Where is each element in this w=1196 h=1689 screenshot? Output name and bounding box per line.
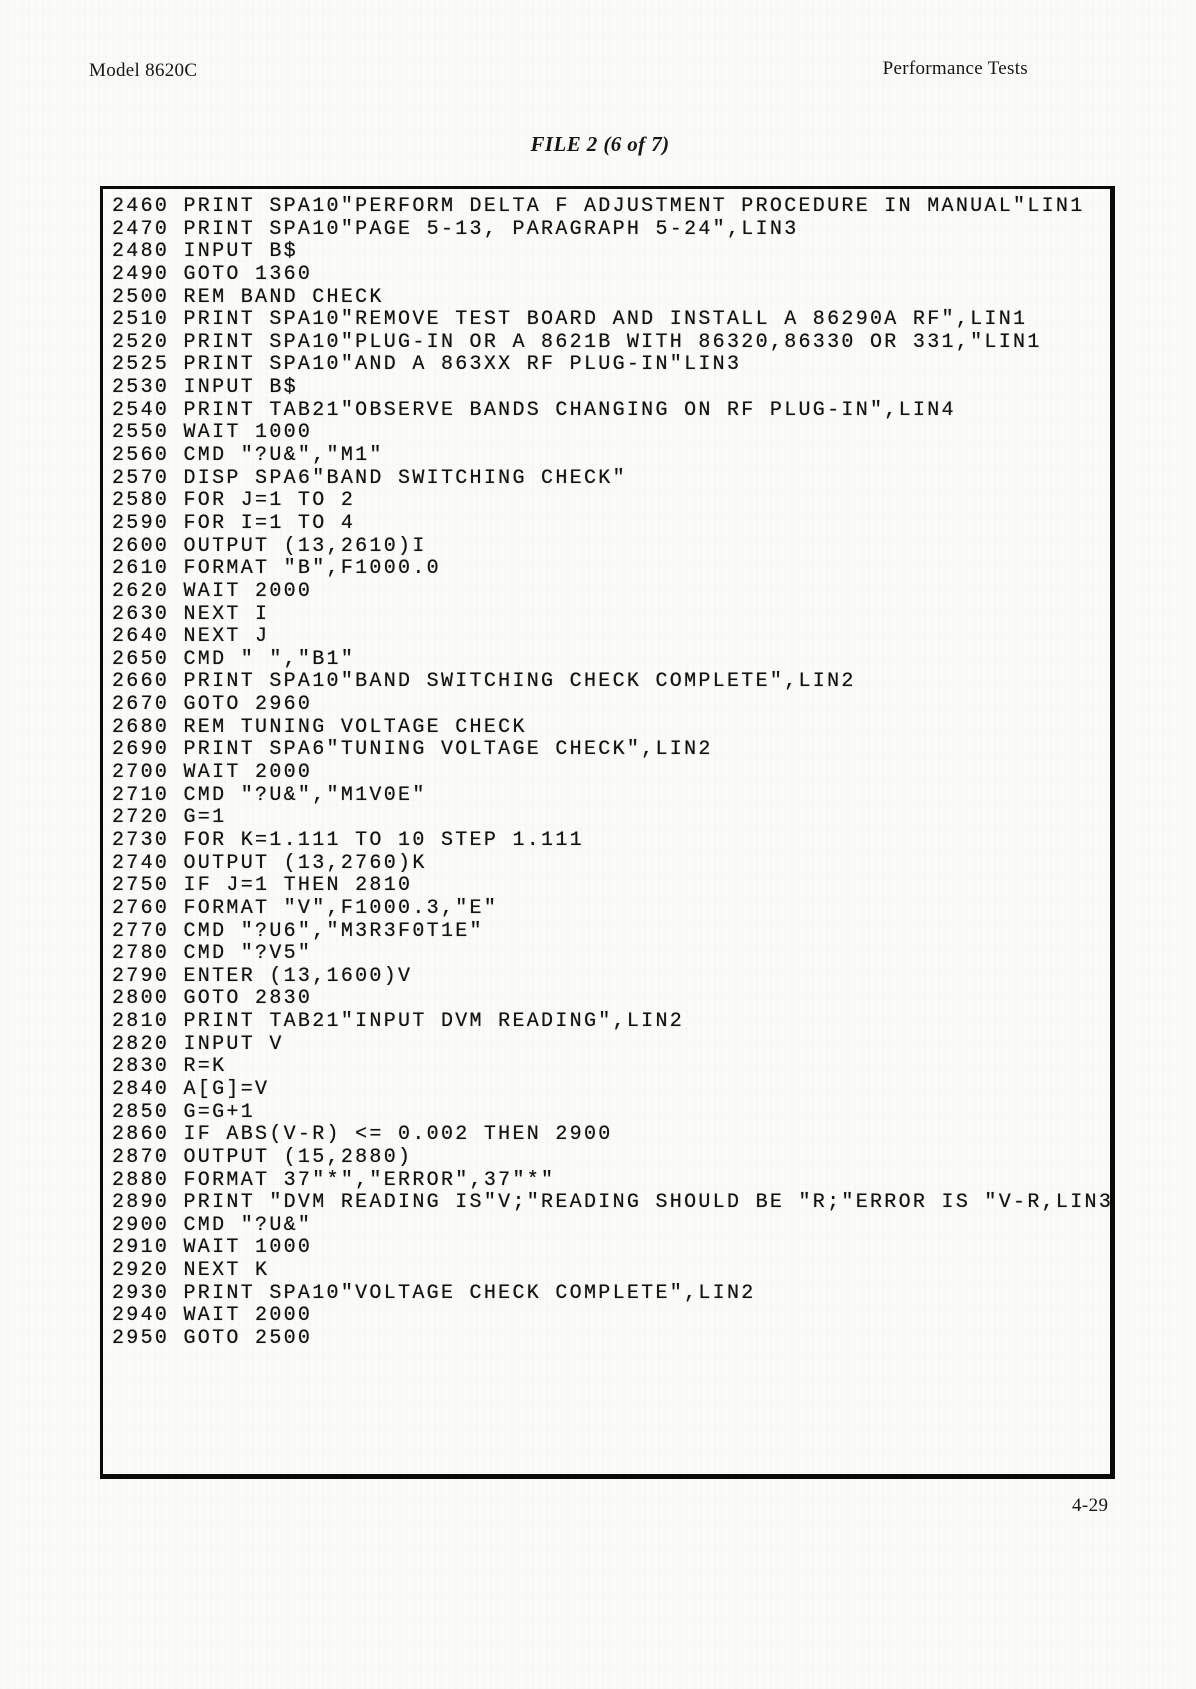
code-line: 2670 GOTO 2960 bbox=[112, 694, 1113, 717]
code-line: 2610 FORMAT "B",F1000.0 bbox=[112, 558, 1113, 581]
code-line: 2680 REM TUNING VOLTAGE CHECK bbox=[112, 717, 1113, 740]
code-line: 2860 IF ABS(V-R) <= 0.002 THEN 2900 bbox=[112, 1124, 1113, 1147]
code-line: 2525 PRINT SPA10"AND A 863XX RF PLUG-IN"… bbox=[112, 354, 1113, 377]
code-line: 2660 PRINT SPA10"BAND SWITCHING CHECK CO… bbox=[112, 671, 1113, 694]
code-line: 2930 PRINT SPA10"VOLTAGE CHECK COMPLETE"… bbox=[112, 1283, 1113, 1306]
code-line: 2800 GOTO 2830 bbox=[112, 988, 1113, 1011]
code-line: 2950 GOTO 2500 bbox=[112, 1328, 1113, 1351]
code-line: 2580 FOR J=1 TO 2 bbox=[112, 490, 1113, 513]
code-line: 2460 PRINT SPA10"PERFORM DELTA F ADJUSTM… bbox=[112, 196, 1113, 219]
file-title: FILE 2 (6 of 7) bbox=[0, 132, 1196, 157]
code-line: 2700 WAIT 2000 bbox=[112, 762, 1113, 785]
code-line: 2470 PRINT SPA10"PAGE 5-13, PARAGRAPH 5-… bbox=[112, 219, 1113, 242]
code-line: 2810 PRINT TAB21"INPUT DVM READING",LIN2 bbox=[112, 1011, 1113, 1034]
code-line: 2550 WAIT 1000 bbox=[112, 422, 1113, 445]
code-line: 2540 PRINT TAB21"OBSERVE BANDS CHANGING … bbox=[112, 400, 1113, 423]
code-line: 2650 CMD " ","B1" bbox=[112, 649, 1113, 672]
code-line: 2520 PRINT SPA10"PLUG-IN OR A 8621B WITH… bbox=[112, 332, 1113, 355]
code-line: 2590 FOR I=1 TO 4 bbox=[112, 513, 1113, 536]
code-line: 2850 G=G+1 bbox=[112, 1102, 1113, 1125]
code-line: 2770 CMD "?U6","M3R3F0T1E" bbox=[112, 921, 1113, 944]
code-line: 2480 INPUT B$ bbox=[112, 241, 1113, 264]
code-line: 2600 OUTPUT (13,2610)I bbox=[112, 536, 1113, 559]
code-line: 2730 FOR K=1.111 TO 10 STEP 1.111 bbox=[112, 830, 1113, 853]
code-line: 2690 PRINT SPA6"TUNING VOLTAGE CHECK",LI… bbox=[112, 739, 1113, 762]
code-line: 2740 OUTPUT (13,2760)K bbox=[112, 853, 1113, 876]
code-line: 2750 IF J=1 THEN 2810 bbox=[112, 875, 1113, 898]
page-number: 4-29 bbox=[1072, 1495, 1108, 1517]
code-line: 2710 CMD "?U&","M1V0E" bbox=[112, 785, 1113, 808]
code-line: 2840 A[G]=V bbox=[112, 1079, 1113, 1102]
code-line: 2910 WAIT 1000 bbox=[112, 1237, 1113, 1260]
code-line: 2920 NEXT K bbox=[112, 1260, 1113, 1283]
code-line: 2720 G=1 bbox=[112, 807, 1113, 830]
code-line: 2510 PRINT SPA10"REMOVE TEST BOARD AND I… bbox=[112, 309, 1113, 332]
code-line: 2870 OUTPUT (15,2880) bbox=[112, 1147, 1113, 1170]
code-line: 2820 INPUT V bbox=[112, 1034, 1113, 1057]
code-line: 2530 INPUT B$ bbox=[112, 377, 1113, 400]
code-line: 2630 NEXT I bbox=[112, 604, 1113, 627]
code-line: 2570 DISP SPA6"BAND SWITCHING CHECK" bbox=[112, 468, 1113, 491]
section-label: Performance Tests bbox=[883, 58, 1028, 80]
code-line: 2760 FORMAT "V",F1000.3,"E" bbox=[112, 898, 1113, 921]
code-line: 2790 ENTER (13,1600)V bbox=[112, 966, 1113, 989]
code-line: 2900 CMD "?U&" bbox=[112, 1215, 1113, 1238]
code-line: 2490 GOTO 1360 bbox=[112, 264, 1113, 287]
code-listing: 2460 PRINT SPA10"PERFORM DELTA F ADJUSTM… bbox=[112, 196, 1113, 1351]
code-line: 2500 REM BAND CHECK bbox=[112, 287, 1113, 310]
code-line: 2880 FORMAT 37"*","ERROR",37"*" bbox=[112, 1170, 1113, 1193]
code-line: 2620 WAIT 2000 bbox=[112, 581, 1113, 604]
code-line: 2830 R=K bbox=[112, 1056, 1113, 1079]
code-line: 2640 NEXT J bbox=[112, 626, 1113, 649]
code-line: 2780 CMD "?V5" bbox=[112, 943, 1113, 966]
code-line: 2560 CMD "?U&","M1" bbox=[112, 445, 1113, 468]
code-line: 2940 WAIT 2000 bbox=[112, 1305, 1113, 1328]
code-line: 2890 PRINT "DVM READING IS"V;"READING SH… bbox=[112, 1192, 1113, 1215]
model-label: Model 8620C bbox=[89, 60, 197, 82]
